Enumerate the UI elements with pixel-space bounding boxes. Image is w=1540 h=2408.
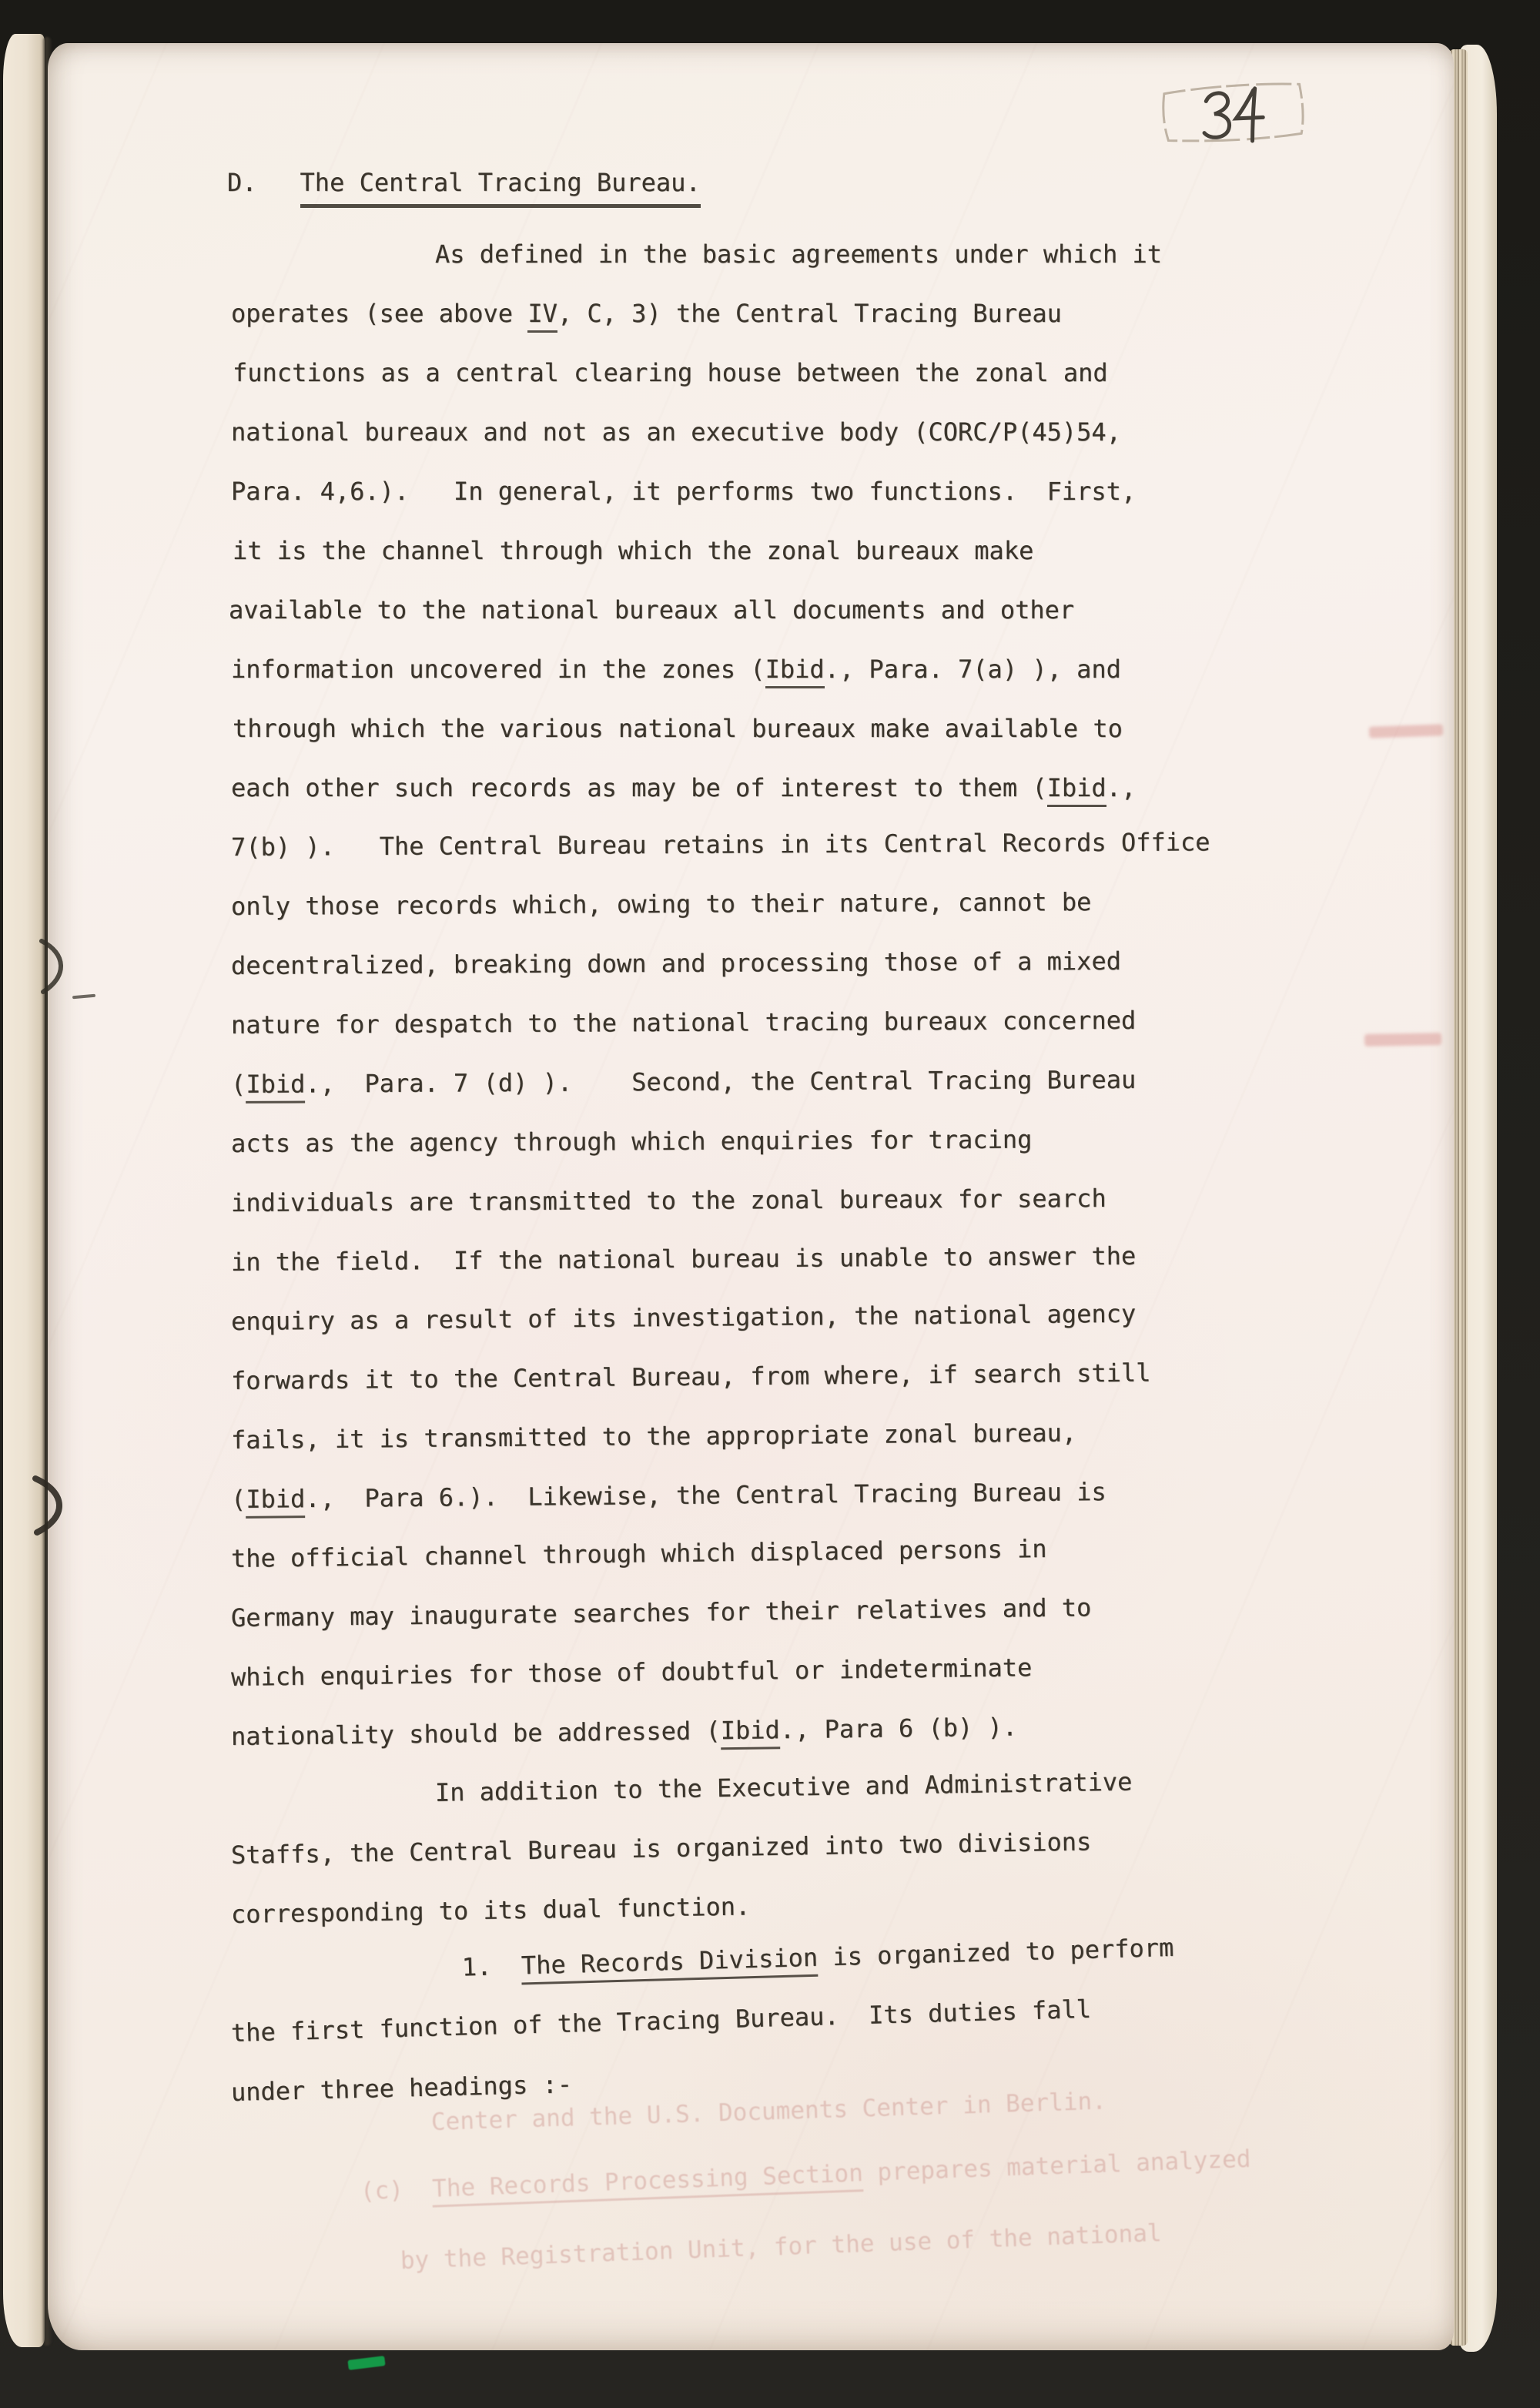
text-segment: available to the national bureaux all do… [229, 595, 1074, 625]
text-segment: individuals are transmitted to the zonal… [231, 1184, 1106, 1217]
text-line: information uncovered in the zones (Ibid… [231, 640, 1309, 699]
text-segment: ., [1106, 773, 1137, 802]
text-line: each other such records as may be of int… [231, 759, 1309, 818]
text-segment: fails, it is transmitted to the appropri… [231, 1418, 1076, 1455]
text-segment: In addition to the Executive and Adminis… [435, 1767, 1133, 1807]
prev-page-edge [3, 34, 45, 2347]
text-line: national bureaux and not as an executive… [231, 403, 1309, 462]
text-segment: it is the channel through which the zona… [233, 536, 1033, 565]
text-segment: functions as a central clearing house be… [233, 358, 1108, 387]
text-segment: under three headings :- [231, 2069, 573, 2107]
text-line: enquiry as a result of its investigation… [231, 1283, 1310, 1351]
text-line: (Ibid., Para. 7 (d) ). Second, the Centr… [231, 1050, 1309, 1114]
text-line: functions as a central clearing house be… [233, 343, 1311, 403]
section-heading: D.The Central Tracing Bureau. [227, 168, 701, 197]
text-line: acts as the agency through which enquiri… [231, 1109, 1309, 1174]
text-line: operates (see above IV, C, 3) the Centra… [231, 284, 1309, 343]
text-segment: ., Para 6.). Likewise, the Central Traci… [305, 1477, 1106, 1513]
text-line: in the field. If the national bureau is … [231, 1225, 1310, 1292]
text-segment: only those records which, owing to their… [231, 887, 1092, 921]
text-segment: national bureaux and not as an executive… [231, 417, 1121, 447]
text-line: through which the various national burea… [233, 699, 1311, 759]
text-segment: acts as the agency through which enquiri… [231, 1125, 1033, 1158]
text-line: Para. 4,6.). In general, it performs two… [231, 462, 1309, 521]
text-segment: in the field. If the national bureau is … [231, 1241, 1136, 1277]
margin-pen-mark-top [34, 936, 75, 1000]
page-number-box: 34 [1156, 74, 1311, 152]
text-line: available to the national bureaux all do… [229, 581, 1307, 640]
text-segment: ( [231, 1070, 246, 1099]
text-segment: Staffs, the Central Bureau is organized … [231, 1827, 1092, 1870]
text-line: As defined in the basic agreements under… [231, 225, 1309, 284]
underlined-text: Ibid [720, 1715, 780, 1750]
text-segment: ., Para. 7 (d) ). Second, the Central Tr… [305, 1065, 1136, 1099]
text-segment: ., Para 6 (b) ). [780, 1713, 1018, 1745]
text-segment: information uncovered in the zones ( [231, 655, 765, 684]
text-line: 7(b) ). The Central Bureau retains in it… [231, 812, 1309, 877]
pencil-box-and-34-drawing [1156, 74, 1311, 152]
text-segment: ., Para. 7(a) ), and [825, 655, 1121, 684]
text-segment: the official channel through which displ… [231, 1534, 1047, 1573]
text-line: only those records which, owing to their… [231, 872, 1309, 936]
text-line: nature for despatch to the national trac… [231, 990, 1309, 1055]
text-segment: enquiry as a result of its investigation… [231, 1299, 1136, 1336]
text-segment: ( [231, 1485, 246, 1514]
text-segment: Para. 4,6.). In general, it performs two… [231, 477, 1136, 506]
text-line: it is the channel through which the zona… [233, 521, 1311, 581]
red-smudge-mark [1364, 1033, 1441, 1047]
green-scan-mark [347, 2356, 385, 2370]
underlined-text: Ibid [1047, 773, 1106, 807]
underlined-text: Ibid [765, 655, 825, 688]
text-segment: decentralized, breaking down and process… [231, 946, 1121, 980]
text-segment: (c) [360, 2175, 433, 2205]
text-segment: corresponding to its dual function. [231, 1891, 751, 1929]
underlined-text: IV [527, 299, 557, 333]
underlined-text: The Records Division [521, 1943, 818, 1985]
text-segment: the first function of the Tracing Bureau… [230, 1994, 1091, 2048]
text-segment: nature for despatch to the national trac… [231, 1006, 1136, 1040]
underlined-text: Ibid [246, 1069, 305, 1103]
text-line: decentralized, breaking down and process… [231, 931, 1309, 996]
margin-pen-mark-bottom [29, 1472, 77, 1540]
heading-title: The Central Tracing Bureau. [300, 168, 701, 208]
text-segment: 7(b) ). The Central Bureau retains in it… [231, 827, 1210, 862]
text-line: individuals are transmitted to the zonal… [231, 1168, 1309, 1233]
underlined-text: Ibid [246, 1484, 305, 1519]
text-segment: is organized to perform [818, 1933, 1174, 1972]
text-segment: As defined in the basic agreements under… [435, 239, 1162, 269]
text-segment: operates (see above [231, 299, 527, 328]
text-segment: 1. [461, 1951, 521, 1981]
text-segment: through which the various national burea… [233, 714, 1123, 743]
text-line: fails, it is transmitted to the appropri… [231, 1402, 1310, 1470]
body-text: As defined in the basic agreements under… [231, 225, 1309, 2122]
text-segment: which enquiries for those of doubtful or… [231, 1653, 1033, 1692]
text-segment: Germany may inaugurate searches for thei… [231, 1592, 1092, 1633]
heading-label: D. [227, 168, 257, 197]
text-line: forwards it to the Central Bureau, from … [231, 1342, 1310, 1411]
text-segment: each other such records as may be of int… [231, 773, 1047, 802]
text-segment: nationality should be addressed ( [231, 1716, 721, 1751]
text-segment: forwards it to the Central Bureau, from … [231, 1358, 1151, 1395]
scan-background: 34 D.The Central Tracing Bureau. As defi… [0, 0, 1540, 2408]
text-segment: , C, 3) the Central Tracing Bureau [557, 299, 1062, 328]
